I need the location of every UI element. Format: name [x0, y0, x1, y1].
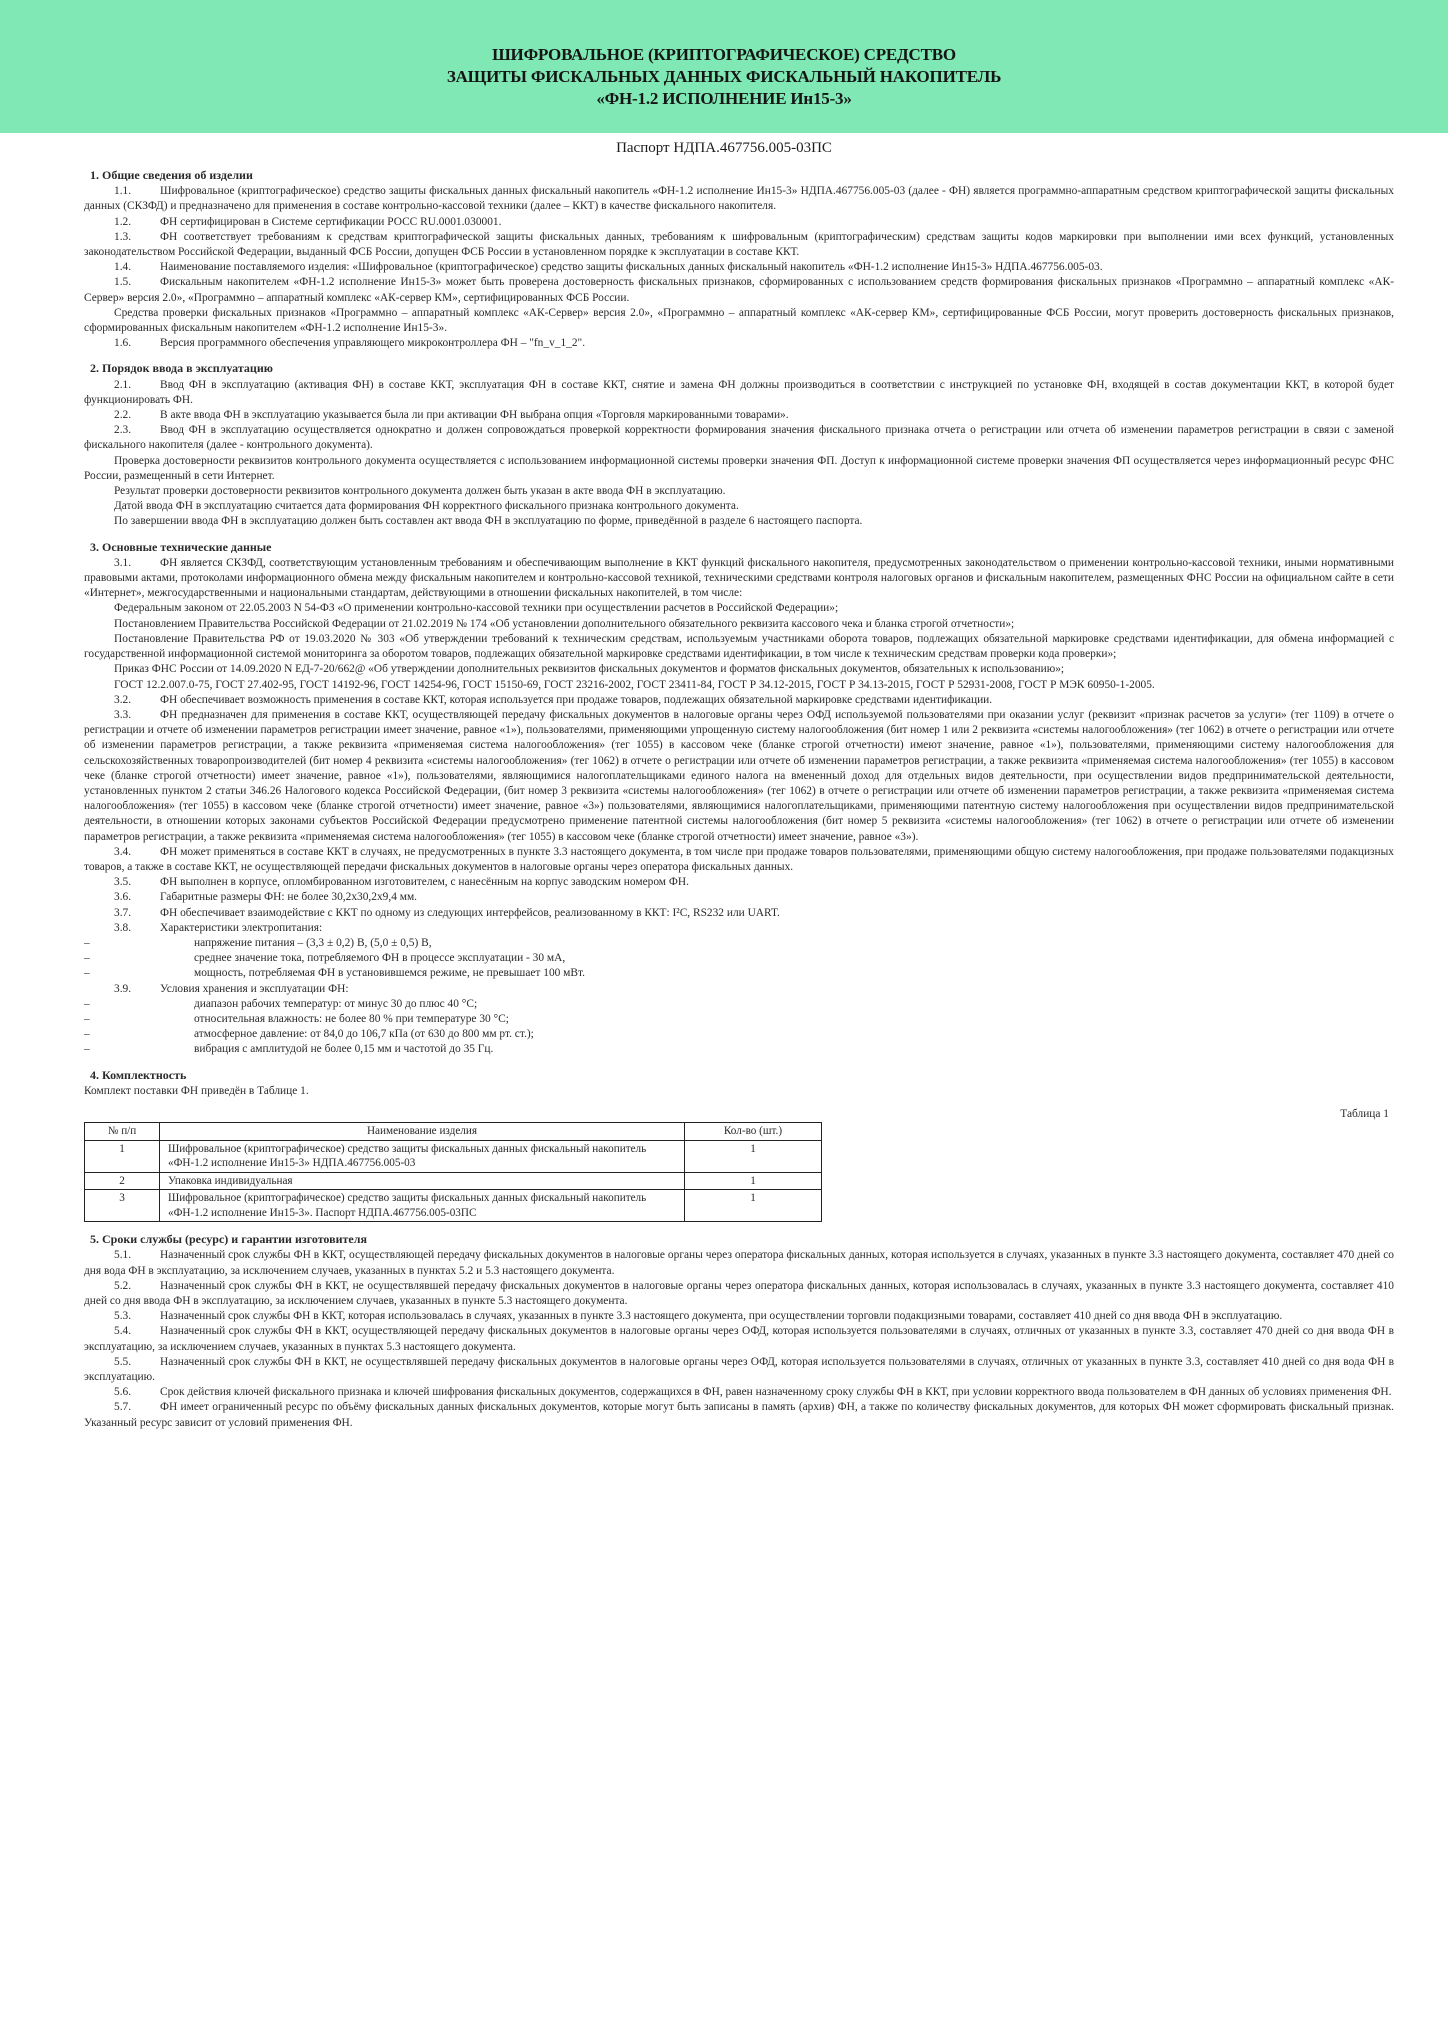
clause-number: 3.6. — [114, 890, 160, 905]
paragraph: 3.2.ФН обеспечивает возможность применен… — [84, 693, 1394, 708]
list-item: 3.5.ФН выполнен в корпусе, опломбированн… — [84, 875, 1394, 890]
list-item: 3.6.Габаритные размеры ФН: не более 30,2… — [84, 890, 1394, 905]
paragraph: По завершении ввода ФН в эксплуатацию до… — [84, 514, 1394, 529]
completeness-table: № п/пНаименование изделияКол-во (шт.)1Ши… — [84, 1122, 822, 1222]
paragraph: 1.6.Версия программного обеспечения упра… — [84, 336, 1394, 351]
clause-text: Габаритные размеры ФН: не более 30,2x30,… — [160, 891, 417, 903]
section-commissioning: 2. Порядок ввода в эксплуатацию2.1.Ввод … — [84, 361, 1394, 529]
cell-number: 3 — [85, 1190, 160, 1222]
paragraph: 5.4.Назначенный срок службы ФН в ККТ, ос… — [84, 1324, 1394, 1354]
section-general: 1. Общие сведения об изделии1.1.Шифровал… — [84, 168, 1394, 351]
column-header: № п/п — [85, 1123, 160, 1141]
document-title: ШИФРОВАЛЬНОЕ (КРИПТОГРАФИЧЕСКОЕ) СРЕДСТВ… — [0, 44, 1448, 110]
table-caption: Таблица 1 — [84, 1107, 1389, 1122]
clause-text: ФН обеспечивает взаимодействие с ККТ по … — [160, 907, 780, 919]
paragraph: Постановление Правительства РФ от 19.03.… — [84, 632, 1394, 662]
clause-text: ФН соответствует требованиям к средствам… — [84, 231, 1394, 258]
clause-text: По завершении ввода ФН в эксплуатацию до… — [114, 515, 862, 527]
clause-number: – — [76, 1042, 194, 1057]
clause-text: вибрация с амплитудой не более 0,15 мм и… — [194, 1043, 493, 1055]
clause-text: относительная влажность: не более 80 % п… — [194, 1013, 509, 1025]
clause-number: 3.9. — [114, 982, 160, 997]
clause-number: 3.3. — [114, 708, 160, 723]
section-technical-data: 3. Основные технические данные3.1.ФН явл… — [84, 540, 1394, 1058]
clause-number: 2.3. — [114, 423, 160, 438]
paragraph: Постановлением Правительства Российской … — [84, 617, 1394, 632]
clause-text: Наименование поставляемого изделия: «Шиф… — [160, 261, 1103, 273]
list-item: –атмосферное давление: от 84,0 до 106,7 … — [76, 1027, 1394, 1042]
clause-number: 5.1. — [114, 1248, 160, 1263]
section-heading: 5. Сроки службы (ресурс) и гарантии изго… — [90, 1232, 1394, 1247]
table-row: 2Упаковка индивидуальная1 — [85, 1172, 822, 1190]
paragraph: 1.1.Шифровальное (криптографическое) сре… — [84, 184, 1394, 214]
clause-number: – — [76, 966, 194, 981]
clause-number: 3.2. — [114, 693, 160, 708]
clause-text: Шифровальное (криптографическое) средств… — [84, 185, 1394, 212]
clause-number: – — [76, 936, 194, 951]
paragraph: 3.3.ФН предназначен для применения в сос… — [84, 708, 1394, 845]
clause-text: Средства проверки фискальных признаков «… — [84, 307, 1394, 334]
clause-text: Постановлением Правительства Российской … — [114, 618, 1014, 630]
clause-number: 3.5. — [114, 875, 160, 890]
paragraph: Датой ввода ФН в эксплуатацию считается … — [84, 499, 1394, 514]
section-heading: 4. Комплектность — [90, 1068, 1394, 1083]
clause-text: Назначенный срок службы ФН в ККТ, котора… — [160, 1310, 1282, 1322]
clause-text: Приказ ФНС России от 14.09.2020 N ЕД-7-2… — [114, 663, 1064, 675]
clause-text: Ввод ФН в эксплуатацию (активация ФН) в … — [84, 379, 1394, 406]
clause-text: ФН обеспечивает возможность применения в… — [160, 694, 992, 706]
paragraph: 5.3.Назначенный срок службы ФН в ККТ, ко… — [84, 1309, 1394, 1324]
paragraph: 2.1.Ввод ФН в эксплуатацию (активация ФН… — [84, 378, 1394, 408]
clause-number: 1.6. — [114, 336, 160, 351]
section-service-life: 5. Сроки службы (ресурс) и гарантии изго… — [84, 1232, 1394, 1431]
clause-number: 1.1. — [114, 184, 160, 199]
section-heading: 2. Порядок ввода в эксплуатацию — [90, 361, 1394, 376]
section-heading: 1. Общие сведения об изделии — [90, 168, 1394, 183]
clause-text: ФН сертифицирован в Системе сертификации… — [160, 216, 501, 228]
clause-number: 1.5. — [114, 275, 160, 290]
clause-text: ФН является СКЗФД, соответствующим устан… — [84, 557, 1394, 599]
clause-text: ФН имеет ограниченный ресурс по объёму ф… — [84, 1401, 1394, 1428]
paragraph: Приказ ФНС России от 14.09.2020 N ЕД-7-2… — [84, 662, 1394, 677]
clause-text: Назначенный срок службы ФН в ККТ, не осу… — [84, 1356, 1394, 1383]
cell-name: Упаковка индивидуальная — [160, 1172, 685, 1190]
paragraph: 1.5.Фискальным накопителем «ФН-1.2 испол… — [84, 275, 1394, 305]
title-line: «ФН-1.2 ИСПОЛНЕНИЕ Ин15-3» — [0, 88, 1448, 110]
cell-quantity: 1 — [685, 1140, 822, 1172]
document-body: 1. Общие сведения об изделии1.1.Шифровал… — [84, 168, 1394, 1431]
clause-number: – — [76, 1012, 194, 1027]
cell-name: Шифровальное (криптографическое) средств… — [160, 1140, 685, 1172]
clause-number: 5.4. — [114, 1324, 160, 1339]
clause-text: атмосферное давление: от 84,0 до 106,7 к… — [194, 1028, 534, 1040]
clause-number: 1.2. — [114, 215, 160, 230]
paragraph: Результат проверки достоверности реквизи… — [84, 484, 1394, 499]
table-row: 3Шифровальное (криптографическое) средст… — [85, 1190, 822, 1222]
paragraph: ГОСТ 12.2.007.0-75, ГОСТ 27.402-95, ГОСТ… — [84, 678, 1394, 693]
clause-text: Характеристики электропитания: — [160, 922, 322, 934]
paragraph: 5.2.Назначенный срок службы ФН в ККТ, не… — [84, 1279, 1394, 1309]
clause-text: Назначенный срок службы ФН в ККТ, осущес… — [84, 1249, 1394, 1276]
list-item: –диапазон рабочих температур: от минус 3… — [76, 997, 1394, 1012]
paragraph: 5.5.Назначенный срок службы ФН в ККТ, не… — [84, 1355, 1394, 1385]
paragraph: 2.3.Ввод ФН в эксплуатацию осуществляетс… — [84, 423, 1394, 453]
column-header: Кол-во (шт.) — [685, 1123, 822, 1141]
paragraph: Федеральным законом от 22.05.2003 N 54-Ф… — [84, 601, 1394, 616]
cell-number: 2 — [85, 1172, 160, 1190]
clause-number: – — [76, 951, 194, 966]
clause-number: 3.8. — [114, 921, 160, 936]
paragraph: 3.4.ФН может применяться в составе ККТ в… — [84, 845, 1394, 875]
clause-number: 3.1. — [114, 556, 160, 571]
paragraph: 5.7.ФН имеет ограниченный ресурс по объё… — [84, 1400, 1394, 1430]
cell-quantity: 1 — [685, 1172, 822, 1190]
clause-number: 2.2. — [114, 408, 160, 423]
clause-number: 2.1. — [114, 378, 160, 393]
clause-number: – — [76, 1027, 194, 1042]
column-header: Наименование изделия — [160, 1123, 685, 1141]
clause-number: 5.5. — [114, 1355, 160, 1370]
clause-text: Версия программного обеспечения управляю… — [160, 337, 585, 349]
list-item: –напряжение питания – (3,3 ± 0,2) В, (5,… — [76, 936, 1394, 951]
list-item: –вибрация с амплитудой не более 0,15 мм … — [76, 1042, 1394, 1057]
clause-text: Фискальным накопителем «ФН-1.2 исполнени… — [84, 276, 1394, 303]
clause-number: 3.4. — [114, 845, 160, 860]
clause-number: 3.7. — [114, 906, 160, 921]
clause-text: мощность, потребляемая ФН в установившем… — [194, 967, 585, 979]
cell-number: 1 — [85, 1140, 160, 1172]
paragraph: 1.4.Наименование поставляемого изделия: … — [84, 260, 1394, 275]
list-item: –мощность, потребляемая ФН в установивше… — [76, 966, 1394, 981]
paragraph: Средства проверки фискальных признаков «… — [84, 306, 1394, 336]
table-header-row: № п/пНаименование изделияКол-во (шт.) — [85, 1123, 822, 1141]
cell-quantity: 1 — [685, 1190, 822, 1222]
clause-text: Результат проверки достоверности реквизи… — [114, 485, 726, 497]
clause-number: 5.3. — [114, 1309, 160, 1324]
paragraph: 5.6.Срок действия ключей фискального при… — [84, 1385, 1394, 1400]
list-item: 3.7.ФН обеспечивает взаимодействие с ККТ… — [84, 906, 1394, 921]
clause-text: ГОСТ 12.2.007.0-75, ГОСТ 27.402-95, ГОСТ… — [114, 679, 1155, 691]
passport-number: Паспорт НДПА.467756.005-03ПС — [0, 140, 1448, 157]
clause-text: ФН выполнен в корпусе, опломбированном и… — [160, 876, 689, 888]
section-heading: 3. Основные технические данные — [90, 540, 1394, 555]
title-line: ЗАЩИТЫ ФИСКАЛЬНЫХ ДАННЫХ ФИСКАЛЬНЫЙ НАКО… — [0, 66, 1448, 88]
clause-number: 5.2. — [114, 1279, 160, 1294]
clause-text: Срок действия ключей фискального признак… — [160, 1386, 1391, 1398]
clause-text: Постановление Правительства РФ от 19.03.… — [84, 633, 1394, 660]
paragraph: 2.2.В акте ввода ФН в эксплуатацию указы… — [84, 408, 1394, 423]
paragraph: 5.1.Назначенный срок службы ФН в ККТ, ос… — [84, 1248, 1394, 1278]
clause-number: 5.7. — [114, 1400, 160, 1415]
section-intro: Комплект поставки ФН приведён в Таблице … — [84, 1084, 1394, 1099]
clause-text: Назначенный срок службы ФН в ККТ, осущес… — [84, 1325, 1394, 1352]
clause-text: напряжение питания – (3,3 ± 0,2) В, (5,0… — [194, 937, 432, 949]
clause-number: 1.4. — [114, 260, 160, 275]
clause-text: Проверка достоверности реквизитов контро… — [84, 455, 1394, 482]
list-item: –среднее значение тока, потребляемого ФН… — [76, 951, 1394, 966]
clause-text: ФН предназначен для применения в составе… — [84, 709, 1394, 843]
clause-number: – — [76, 997, 194, 1012]
cell-name: Шифровальное (криптографическое) средств… — [160, 1190, 685, 1222]
clause-text: Назначенный срок службы ФН в ККТ, не осу… — [84, 1280, 1394, 1307]
table-row: 1Шифровальное (криптографическое) средст… — [85, 1140, 822, 1172]
clause-text: среднее значение тока, потребляемого ФН … — [194, 952, 565, 964]
title-line: ШИФРОВАЛЬНОЕ (КРИПТОГРАФИЧЕСКОЕ) СРЕДСТВ… — [0, 44, 1448, 66]
clause-text: Федеральным законом от 22.05.2003 N 54-Ф… — [114, 602, 838, 614]
clause-text: В акте ввода ФН в эксплуатацию указывает… — [160, 409, 789, 421]
clause-text: ФН может применяться в составе ККТ в слу… — [84, 846, 1394, 873]
paragraph: 1.3.ФН соответствует требованиям к средс… — [84, 230, 1394, 260]
clause-text: диапазон рабочих температур: от минус 30… — [194, 998, 477, 1010]
paragraph: 1.2.ФН сертифицирован в Системе сертифик… — [84, 215, 1394, 230]
paragraph: Проверка достоверности реквизитов контро… — [84, 454, 1394, 484]
paragraph: 3.1.ФН является СКЗФД, соответствующим у… — [84, 556, 1394, 602]
list-item: 3.8.Характеристики электропитания: — [84, 921, 1394, 936]
section-completeness: 4. КомплектностьКомплект поставки ФН при… — [84, 1068, 1394, 1223]
clause-number: 1.3. — [114, 230, 160, 245]
clause-text: Датой ввода ФН в эксплуатацию считается … — [114, 500, 739, 512]
list-item: –относительная влажность: не более 80 % … — [76, 1012, 1394, 1027]
clause-text: Условия хранения и эксплуатации ФН: — [160, 983, 349, 995]
list-item: 3.9.Условия хранения и эксплуатации ФН: — [84, 982, 1394, 997]
clause-text: Ввод ФН в эксплуатацию осуществляется од… — [84, 424, 1394, 451]
clause-number: 5.6. — [114, 1385, 160, 1400]
